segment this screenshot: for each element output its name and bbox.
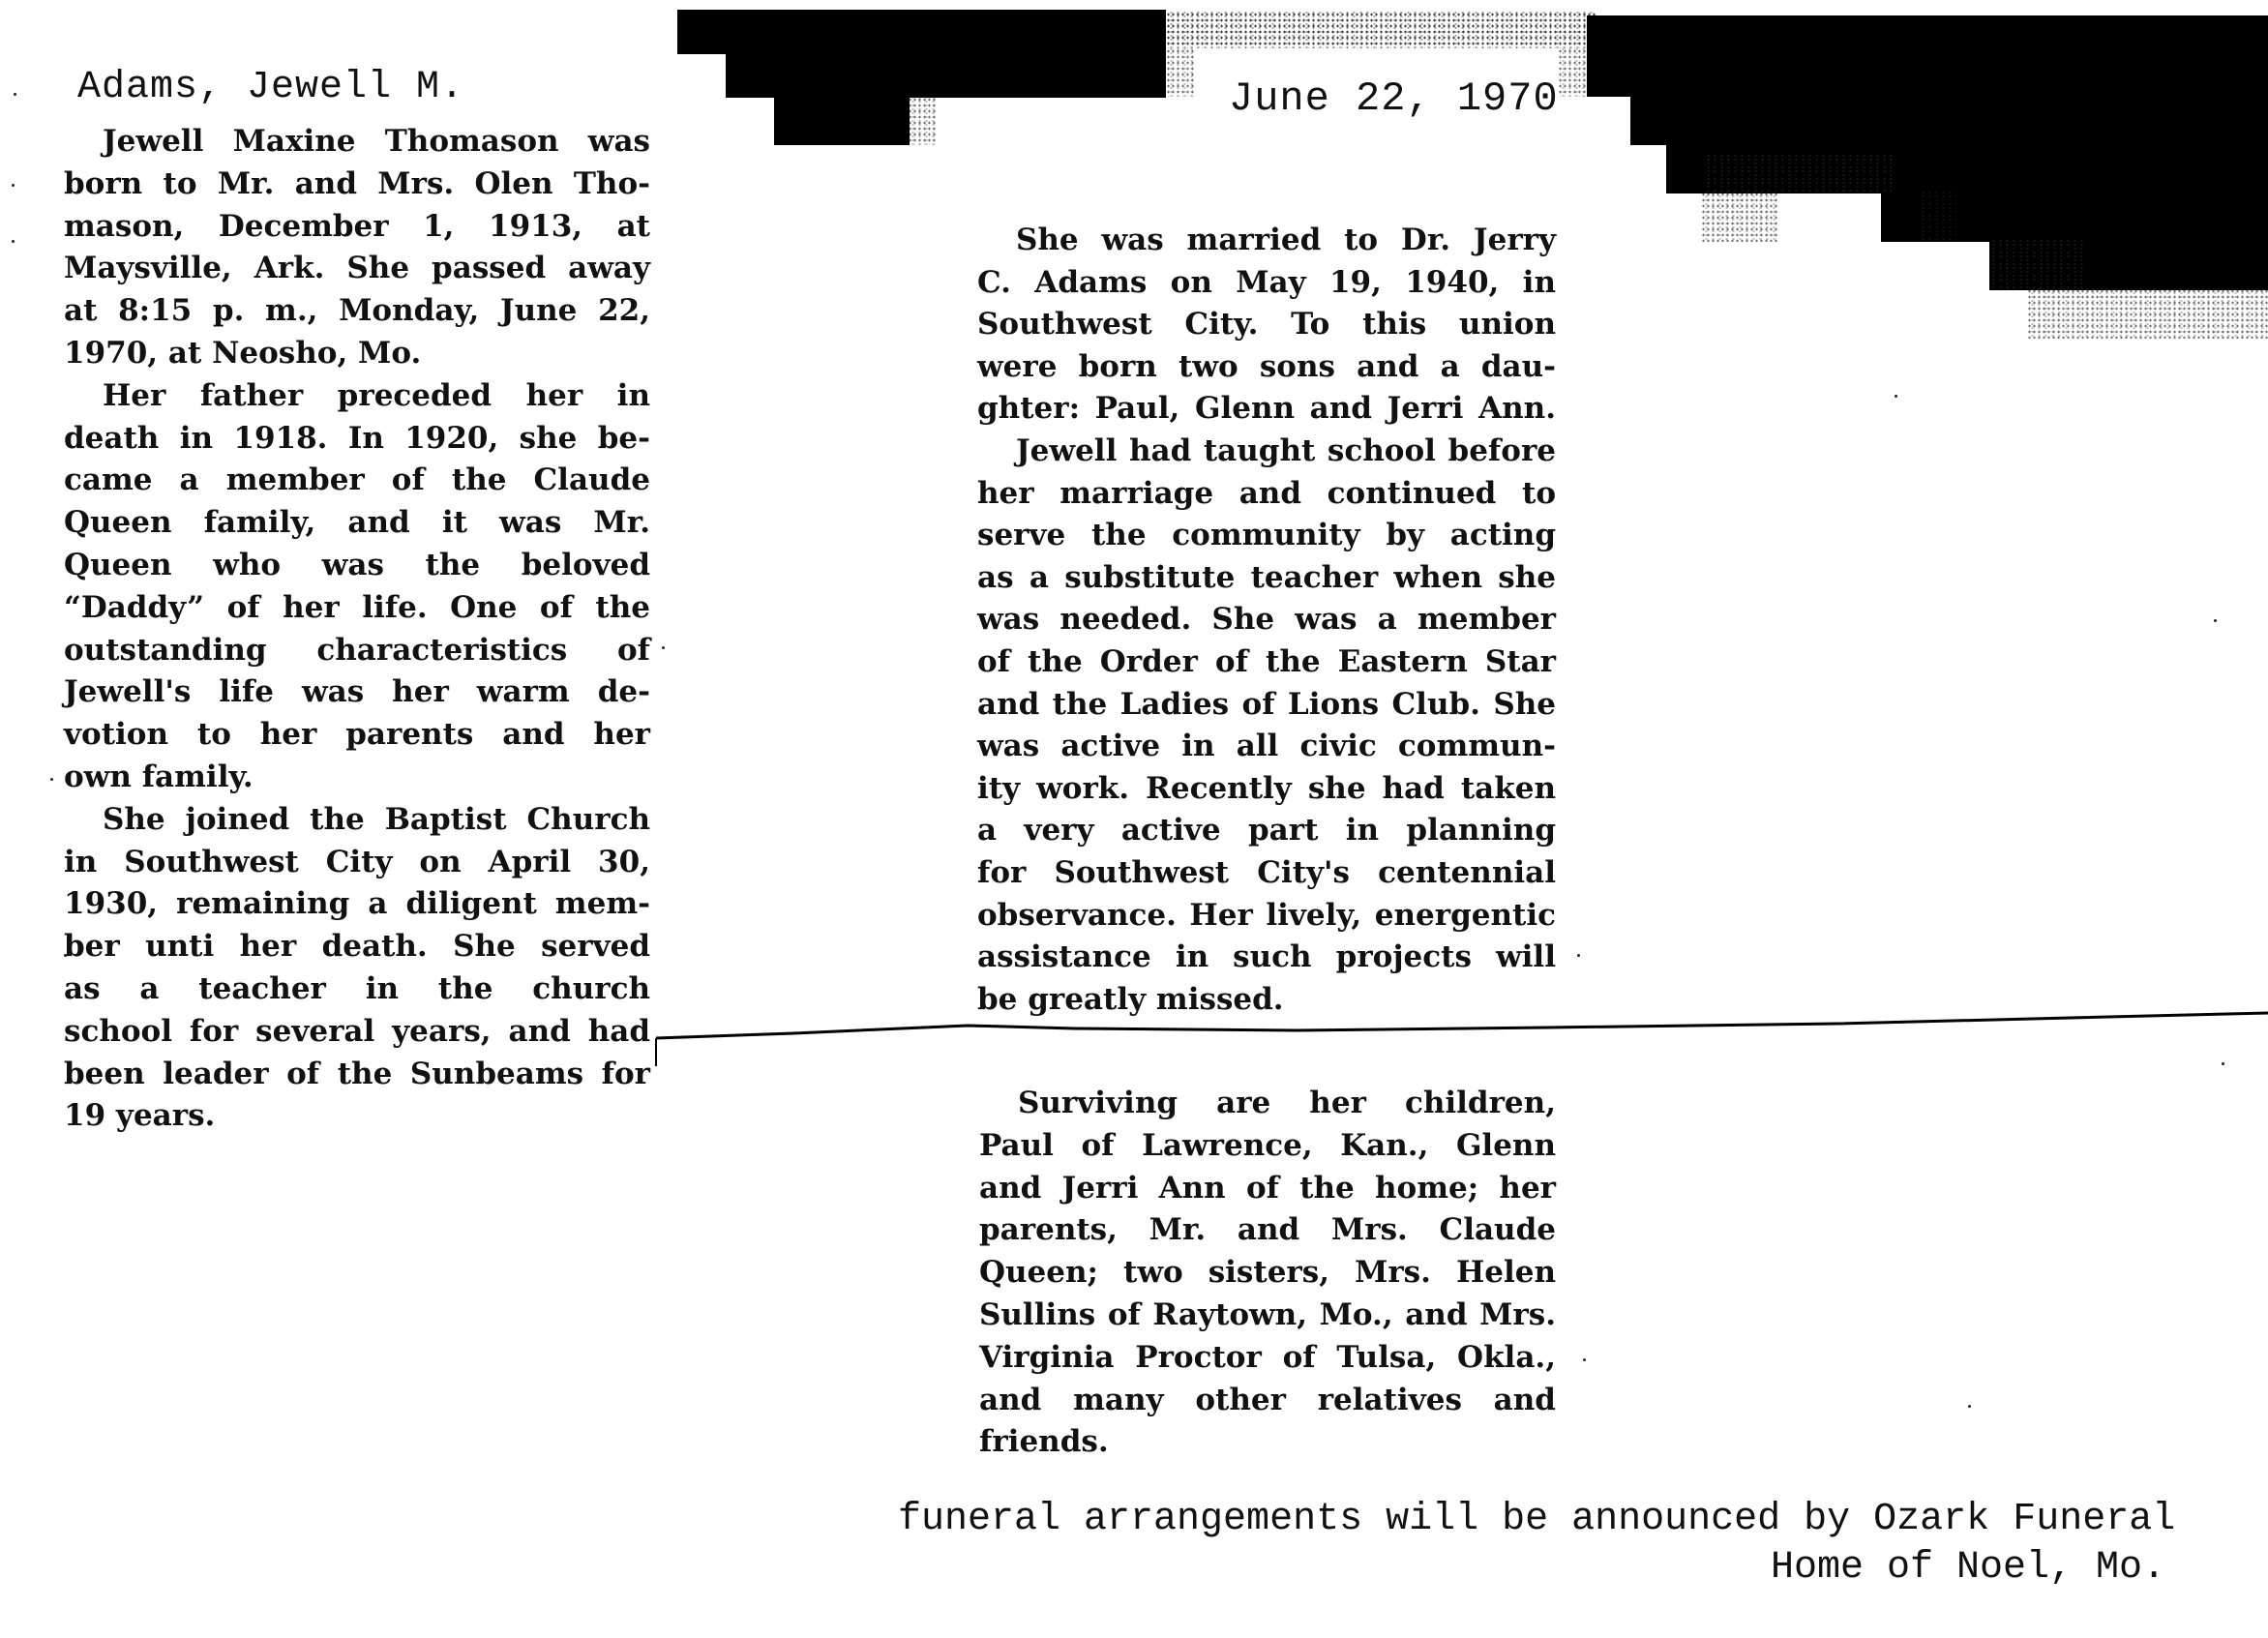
funeral-home-location: Home of Noel, Mo.	[1771, 1546, 2165, 1590]
clipping-divider-line	[0, 0, 2268, 1638]
funeral-arrangements-note: funeral arrangements will be announced b…	[898, 1498, 2175, 1541]
scanned-obituary-page: Adams, Jewell M. June 22, 1970 Jewell Ma…	[0, 0, 2268, 1638]
